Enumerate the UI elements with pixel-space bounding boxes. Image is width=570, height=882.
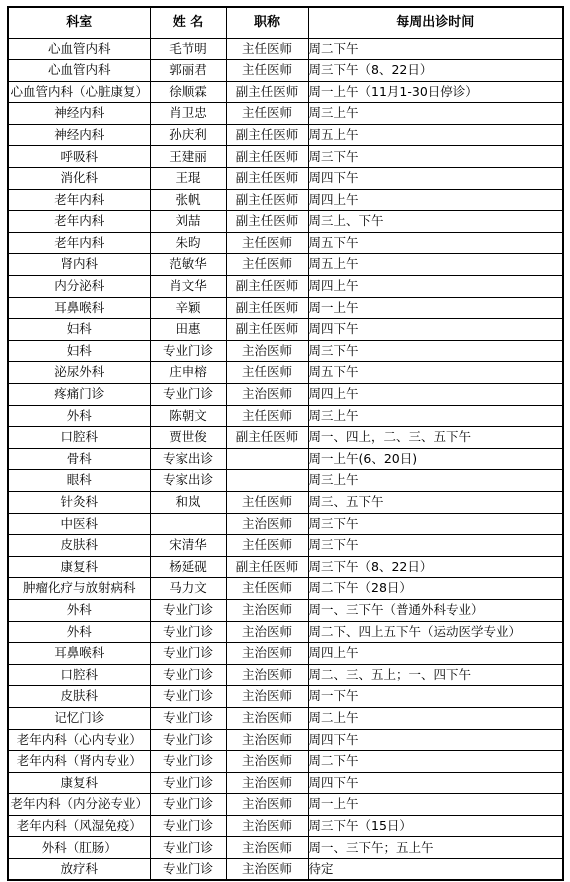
cell-name: 陈朝文 (150, 405, 226, 427)
cell-department: 眼科 (8, 470, 150, 492)
cell-title: 副主任医师 (226, 319, 308, 341)
table-row: 神经内科肖卫忠主任医师周三上午 (8, 103, 563, 125)
cell-name: 肖文华 (150, 276, 226, 298)
cell-name: 徐顺霖 (150, 81, 226, 103)
cell-department: 妇科 (8, 319, 150, 341)
cell-title: 副主任医师 (226, 556, 308, 578)
cell-title (226, 448, 308, 470)
cell-name: 庄申榕 (150, 362, 226, 384)
cell-title: 主任医师 (226, 491, 308, 513)
cell-title: 主任医师 (226, 60, 308, 82)
cell-department: 泌尿外科 (8, 362, 150, 384)
cell-title: 主治医师 (226, 751, 308, 773)
cell-name: 专业门诊 (150, 837, 226, 859)
cell-schedule: 周四下午 (308, 319, 563, 341)
cell-schedule: 待定 (308, 859, 563, 881)
cell-title: 副主任医师 (226, 276, 308, 298)
cell-schedule: 周三下午（8、22日） (308, 60, 563, 82)
table-row: 康复科专业门诊主治医师周四下午 (8, 772, 563, 794)
cell-schedule: 周三下午 (308, 535, 563, 557)
cell-department: 皮肤科 (8, 686, 150, 708)
cell-name: 专业门诊 (150, 621, 226, 643)
cell-name: 宋清华 (150, 535, 226, 557)
cell-department: 肾内科 (8, 254, 150, 276)
cell-name: 张帆 (150, 189, 226, 211)
cell-schedule: 周三下午 (308, 513, 563, 535)
table-row: 耳鼻喉科辛颖副主任医师周一上午 (8, 297, 563, 319)
cell-schedule: 周三上午 (308, 405, 563, 427)
cell-name: 专业门诊 (150, 815, 226, 837)
table-row: 中医科主治医师周三下午 (8, 513, 563, 535)
table-row: 消化科王琨副主任医师周四下午 (8, 168, 563, 190)
table-row: 神经内科孙庆利副主任医师周五上午 (8, 124, 563, 146)
cell-schedule: 周二下、四上五下午（运动医学专业） (308, 621, 563, 643)
cell-department: 口腔科 (8, 427, 150, 449)
cell-name: 专家出诊 (150, 448, 226, 470)
table-row: 外科（肛肠）专业门诊主治医师周一、三下午；五上午 (8, 837, 563, 859)
table-row: 外科专业门诊主治医师周一、三下午（普通外科专业） (8, 599, 563, 621)
cell-department: 神经内科 (8, 103, 150, 125)
cell-schedule: 周五下午 (308, 362, 563, 384)
cell-title: 主治医师 (226, 794, 308, 816)
cell-name: 专业门诊 (150, 599, 226, 621)
cell-title: 副主任医师 (226, 81, 308, 103)
cell-title: 主任医师 (226, 38, 308, 60)
table-row: 记忆门诊专业门诊主治医师周二上午 (8, 707, 563, 729)
table-row: 心血管内科郭丽君主任医师周三下午（8、22日） (8, 60, 563, 82)
cell-department: 老年内科 (8, 232, 150, 254)
cell-department: 外科 (8, 621, 150, 643)
cell-department: 骨科 (8, 448, 150, 470)
cell-name: 毛节明 (150, 38, 226, 60)
header-title: 职称 (226, 7, 308, 38)
cell-name: 专业门诊 (150, 772, 226, 794)
cell-title: 主治医师 (226, 707, 308, 729)
table-row: 眼科专家出诊周三上午 (8, 470, 563, 492)
table-row: 外科陈朝文主任医师周三上午 (8, 405, 563, 427)
cell-title: 副主任医师 (226, 211, 308, 233)
table-row: 老年内科朱昀主任医师周五下午 (8, 232, 563, 254)
cell-title: 主治医师 (226, 621, 308, 643)
header-row: 科室 姓 名 职称 每周出诊时间 (8, 7, 563, 38)
table-row: 妇科田惠副主任医师周四下午 (8, 319, 563, 341)
cell-schedule: 周五上午 (308, 254, 563, 276)
cell-title: 主治医师 (226, 384, 308, 406)
table-row: 皮肤科专业门诊主治医师周一下午 (8, 686, 563, 708)
cell-schedule: 周二、三、五上；一、四下午 (308, 664, 563, 686)
cell-title: 主治医师 (226, 643, 308, 665)
cell-title: 主治医师 (226, 686, 308, 708)
cell-title: 主任医师 (226, 254, 308, 276)
cell-department: 疼痛门诊 (8, 384, 150, 406)
table-row: 口腔科贾世俊副主任医师周一、四上，二、三、五下午 (8, 427, 563, 449)
cell-title: 主治医师 (226, 340, 308, 362)
cell-schedule: 周一、三下午（普通外科专业） (308, 599, 563, 621)
cell-name: 王建丽 (150, 146, 226, 168)
cell-name: 专业门诊 (150, 340, 226, 362)
cell-name: 孙庆利 (150, 124, 226, 146)
cell-department: 心血管内科 (8, 38, 150, 60)
cell-title: 主治医师 (226, 859, 308, 881)
cell-schedule: 周四下午 (308, 772, 563, 794)
cell-department: 心血管内科（心脏康复） (8, 81, 150, 103)
table-row: 呼吸科王建丽副主任医师周三下午 (8, 146, 563, 168)
cell-schedule: 周二上午 (308, 707, 563, 729)
cell-schedule: 周一、三下午；五上午 (308, 837, 563, 859)
cell-schedule: 周三下午 (308, 340, 563, 362)
cell-department: 外科 (8, 405, 150, 427)
cell-name: 专业门诊 (150, 686, 226, 708)
table-row: 口腔科专业门诊主治医师周二、三、五上；一、四下午 (8, 664, 563, 686)
cell-title: 主治医师 (226, 837, 308, 859)
cell-schedule: 周三上、下午 (308, 211, 563, 233)
cell-schedule: 周四下午 (308, 729, 563, 751)
cell-name: 专业门诊 (150, 384, 226, 406)
table-row: 心血管内科毛节明主任医师周二下午 (8, 38, 563, 60)
cell-schedule: 周三下午 (308, 146, 563, 168)
cell-name: 朱昀 (150, 232, 226, 254)
table-row: 老年内科（风湿免疫）专业门诊主治医师周三下午（15日） (8, 815, 563, 837)
cell-department: 老年内科（肾内专业） (8, 751, 150, 773)
cell-schedule: 周一、四上，二、三、五下午 (308, 427, 563, 449)
cell-department: 中医科 (8, 513, 150, 535)
table-row: 泌尿外科庄申榕主任医师周五下午 (8, 362, 563, 384)
cell-schedule: 周三下午（8、22日） (308, 556, 563, 578)
cell-schedule: 周三上午 (308, 103, 563, 125)
cell-name: 专家出诊 (150, 470, 226, 492)
cell-name: 杨延砚 (150, 556, 226, 578)
cell-schedule: 周三下午（15日） (308, 815, 563, 837)
cell-title: 副主任医师 (226, 146, 308, 168)
cell-name (150, 513, 226, 535)
cell-name: 肖卫忠 (150, 103, 226, 125)
cell-schedule: 周一下午 (308, 686, 563, 708)
cell-department: 记忆门诊 (8, 707, 150, 729)
cell-department: 老年内科（心内专业） (8, 729, 150, 751)
table-row: 老年内科刘喆副主任医师周三上、下午 (8, 211, 563, 233)
cell-title: 主任医师 (226, 362, 308, 384)
cell-title: 副主任医师 (226, 427, 308, 449)
cell-department: 针灸科 (8, 491, 150, 513)
cell-name: 刘喆 (150, 211, 226, 233)
table-row: 老年内科（心内专业）专业门诊主治医师周四下午 (8, 729, 563, 751)
cell-schedule: 周四上午 (308, 189, 563, 211)
cell-name: 专业门诊 (150, 729, 226, 751)
cell-department: 老年内科（风湿免疫） (8, 815, 150, 837)
cell-title: 主任医师 (226, 405, 308, 427)
cell-schedule: 周三、五下午 (308, 491, 563, 513)
cell-title (226, 470, 308, 492)
cell-schedule: 周二下午（28日） (308, 578, 563, 600)
cell-name: 范敏华 (150, 254, 226, 276)
table-row: 针灸科和岚主任医师周三、五下午 (8, 491, 563, 513)
cell-title: 主治医师 (226, 729, 308, 751)
cell-title: 主治医师 (226, 772, 308, 794)
cell-title: 主任医师 (226, 535, 308, 557)
cell-schedule: 周四上午 (308, 643, 563, 665)
cell-name: 贾世俊 (150, 427, 226, 449)
table-row: 老年内科（内分泌专业）专业门诊主治医师周一上午 (8, 794, 563, 816)
cell-schedule: 周四上午 (308, 384, 563, 406)
cell-department: 老年内科（内分泌专业） (8, 794, 150, 816)
table-row: 内分泌科肖文华副主任医师周四上午 (8, 276, 563, 298)
header-name: 姓 名 (150, 7, 226, 38)
cell-department: 放疗科 (8, 859, 150, 881)
cell-name: 专业门诊 (150, 664, 226, 686)
cell-department: 口腔科 (8, 664, 150, 686)
cell-department: 老年内科 (8, 211, 150, 233)
table-row: 外科专业门诊主治医师周二下、四上五下午（运动医学专业） (8, 621, 563, 643)
header-schedule: 每周出诊时间 (308, 7, 563, 38)
clinic-schedule-table: 科室 姓 名 职称 每周出诊时间 心血管内科毛节明主任医师周二下午心血管内科郭丽… (7, 6, 564, 881)
cell-schedule: 周五下午 (308, 232, 563, 254)
cell-title: 主治医师 (226, 664, 308, 686)
table-row: 放疗科专业门诊主治医师待定 (8, 859, 563, 881)
cell-title: 副主任医师 (226, 124, 308, 146)
table-row: 心血管内科（心脏康复）徐顺霖副主任医师周一上午（11月1-30日停诊） (8, 81, 563, 103)
cell-department: 神经内科 (8, 124, 150, 146)
cell-name: 专业门诊 (150, 794, 226, 816)
cell-name: 辛颖 (150, 297, 226, 319)
table-row: 耳鼻喉科专业门诊主治医师周四上午 (8, 643, 563, 665)
cell-schedule: 周三上午 (308, 470, 563, 492)
cell-schedule: 周四下午 (308, 168, 563, 190)
cell-department: 内分泌科 (8, 276, 150, 298)
cell-department: 心血管内科 (8, 60, 150, 82)
table-row: 康复科杨延砚副主任医师周三下午（8、22日） (8, 556, 563, 578)
cell-department: 外科（肛肠） (8, 837, 150, 859)
cell-schedule: 周五上午 (308, 124, 563, 146)
cell-title: 主任医师 (226, 578, 308, 600)
table-row: 老年内科（肾内专业）专业门诊主治医师周二下午 (8, 751, 563, 773)
table-row: 疼痛门诊专业门诊主治医师周四上午 (8, 384, 563, 406)
cell-schedule: 周一上午 (308, 794, 563, 816)
cell-department: 消化科 (8, 168, 150, 190)
cell-name: 和岚 (150, 491, 226, 513)
cell-name: 王琨 (150, 168, 226, 190)
table-row: 肿瘤化疗与放射病科马力文主任医师周二下午（28日） (8, 578, 563, 600)
cell-name: 专业门诊 (150, 643, 226, 665)
cell-schedule: 周一上午 (308, 297, 563, 319)
cell-schedule: 周一上午(6、20日) (308, 448, 563, 470)
cell-name: 田惠 (150, 319, 226, 341)
header-department: 科室 (8, 7, 150, 38)
table-row: 骨科专家出诊周一上午(6、20日) (8, 448, 563, 470)
table-row: 肾内科范敏华主任医师周五上午 (8, 254, 563, 276)
cell-department: 皮肤科 (8, 535, 150, 557)
cell-department: 康复科 (8, 556, 150, 578)
cell-schedule: 周一上午（11月1-30日停诊） (308, 81, 563, 103)
cell-title: 主治医师 (226, 599, 308, 621)
table-body: 心血管内科毛节明主任医师周二下午心血管内科郭丽君主任医师周三下午（8、22日）心… (8, 38, 563, 880)
page: 科室 姓 名 职称 每周出诊时间 心血管内科毛节明主任医师周二下午心血管内科郭丽… (0, 0, 570, 882)
cell-title: 副主任医师 (226, 189, 308, 211)
cell-name: 专业门诊 (150, 751, 226, 773)
cell-department: 耳鼻喉科 (8, 643, 150, 665)
cell-department: 老年内科 (8, 189, 150, 211)
cell-department: 妇科 (8, 340, 150, 362)
cell-department: 外科 (8, 599, 150, 621)
cell-title: 主治医师 (226, 815, 308, 837)
cell-title: 主治医师 (226, 513, 308, 535)
table-row: 皮肤科宋清华主任医师周三下午 (8, 535, 563, 557)
cell-title: 主任医师 (226, 232, 308, 254)
cell-schedule: 周二下午 (308, 38, 563, 60)
cell-department: 康复科 (8, 772, 150, 794)
cell-department: 肿瘤化疗与放射病科 (8, 578, 150, 600)
table-row: 老年内科张帆副主任医师周四上午 (8, 189, 563, 211)
cell-department: 呼吸科 (8, 146, 150, 168)
table-row: 妇科专业门诊主治医师周三下午 (8, 340, 563, 362)
cell-name: 郭丽君 (150, 60, 226, 82)
cell-name: 专业门诊 (150, 859, 226, 881)
cell-schedule: 周二下午 (308, 751, 563, 773)
cell-department: 耳鼻喉科 (8, 297, 150, 319)
table-header: 科室 姓 名 职称 每周出诊时间 (8, 7, 563, 38)
cell-name: 马力文 (150, 578, 226, 600)
cell-title: 副主任医师 (226, 297, 308, 319)
cell-name: 专业门诊 (150, 707, 226, 729)
cell-title: 副主任医师 (226, 168, 308, 190)
cell-schedule: 周四上午 (308, 276, 563, 298)
cell-title: 主任医师 (226, 103, 308, 125)
